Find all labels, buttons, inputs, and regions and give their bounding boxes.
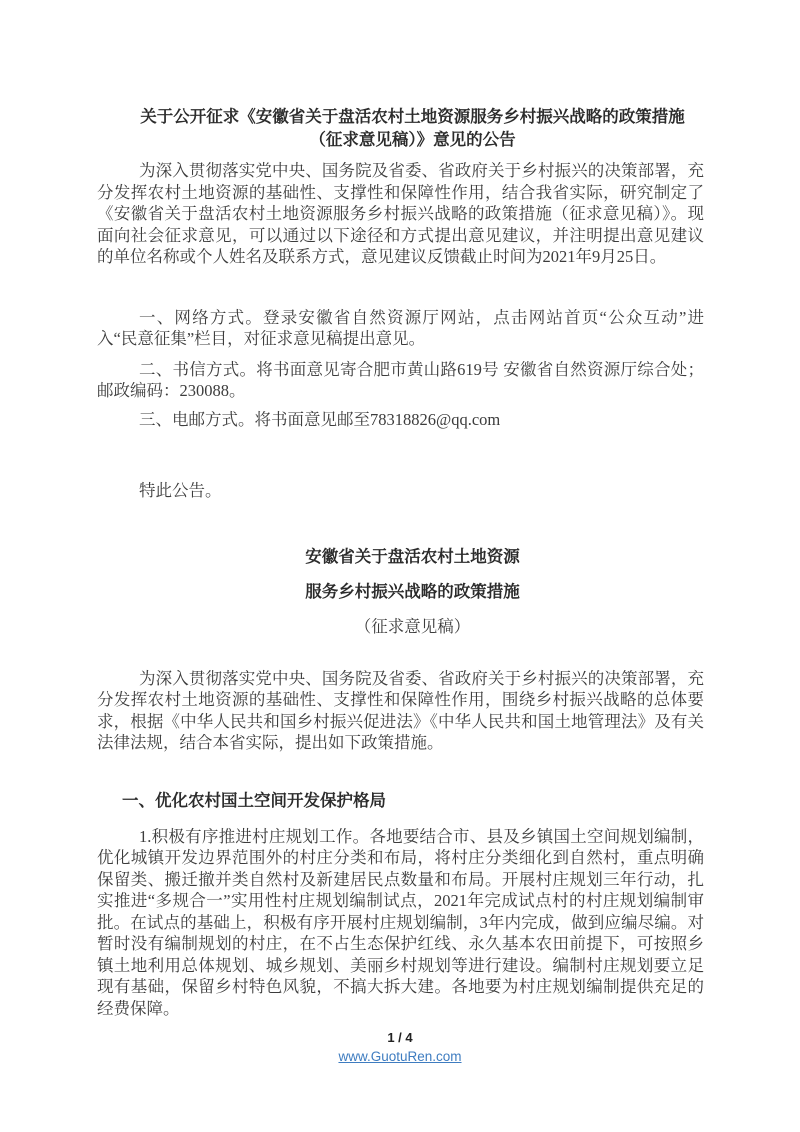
policy-title-line2: 服务乡村振兴战略的政策措施 [109, 575, 716, 610]
notice-intro-paragraph: 为深入贯彻落实党中央、国务院及省委、省政府关于乡村振兴的决策部署，充分发挥农村土… [97, 160, 704, 268]
document-page: 关于公开征求《安徽省关于盘活农村土地资源服务乡村振兴战略的政策措施（征求意见稿）… [0, 0, 800, 1132]
channel-mail-paragraph: 二、书信方式。将书面意见寄合肥市黄山路619号 安徽省自然资源厅综合处；邮政编码… [97, 359, 704, 402]
policy-subtitle: （征求意见稿） [109, 610, 716, 643]
closing-paragraph: 特此公告。 [97, 480, 704, 502]
page-number: 1 / 4 [0, 1030, 800, 1046]
policy-title-line1: 安徽省关于盘活农村土地资源 [109, 540, 716, 575]
policy-preamble-paragraph: 为深入贯彻落实党中央、国务院及省委、省政府关于乡村振兴的决策部署，充分发挥农村土… [97, 668, 704, 754]
section1-item1-paragraph: 1.积极有序推进村庄规划工作。各地要结合市、县及乡镇国土空间规划编制，优化城镇开… [97, 826, 704, 1020]
section1-heading: 一、优化农村国土空间开发保护格局 [97, 791, 704, 813]
channel-network-paragraph: 一、网络方式。登录安徽省自然资源厅网站，点击网站首页“公众互动”进入“民意征集”… [97, 307, 704, 350]
website-link[interactable]: www.GuotuRen.com [338, 1049, 461, 1065]
channel-email-paragraph: 三、电邮方式。将书面意见邮至78318826@qq.com [97, 409, 704, 431]
policy-title-block: 安徽省关于盘活农村土地资源 服务乡村振兴战略的政策措施 （征求意见稿） [109, 540, 716, 643]
notice-title: 关于公开征求《安徽省关于盘活农村土地资源服务乡村振兴战略的政策措施（征求意见稿）… [135, 106, 691, 152]
page-footer: 1 / 4 www.GuotuRen.com [0, 1030, 800, 1066]
